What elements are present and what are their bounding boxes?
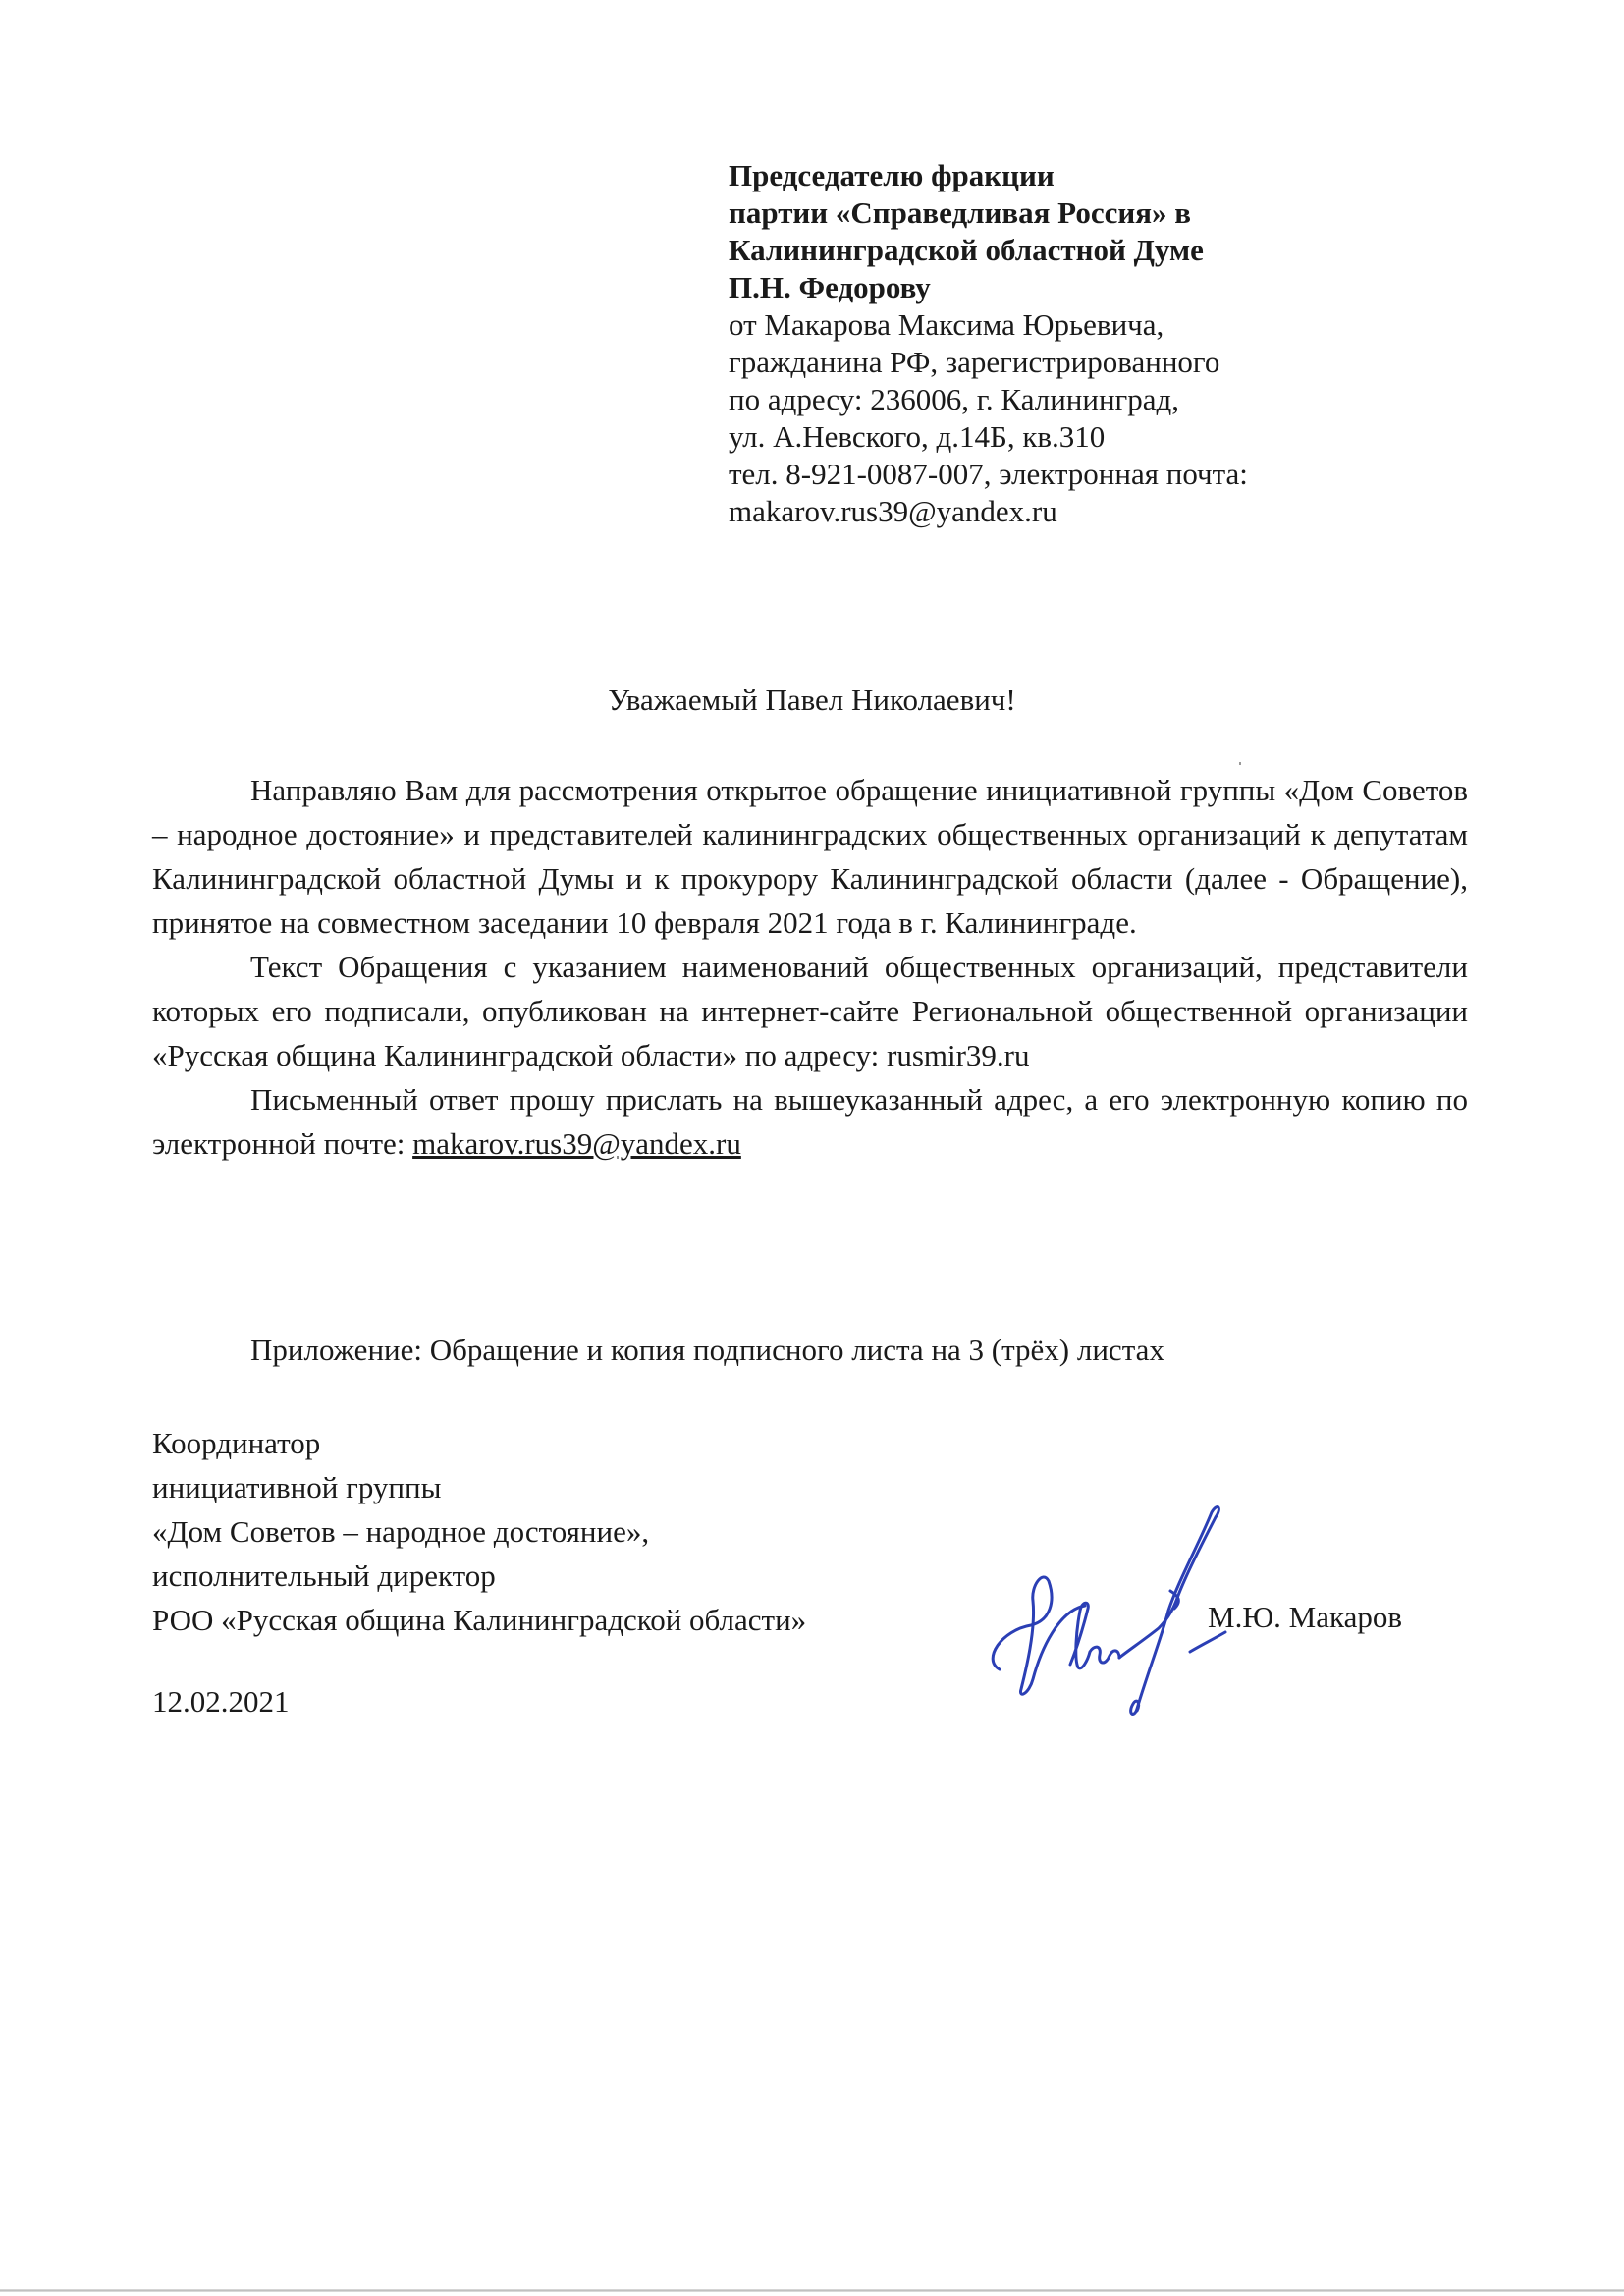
- addressee-line: Калининградской областной Думе: [729, 232, 1475, 269]
- addressee-line: Председателю фракции: [729, 157, 1475, 194]
- attachment-note: Приложение: Обращение и копия подписного…: [250, 1331, 1164, 1370]
- handwritten-signature-icon: [972, 1503, 1227, 1738]
- scan-speck: [1239, 762, 1241, 765]
- sender-email: makarov.rus39@yandex.ru: [729, 493, 1475, 530]
- reply-request-text: Письменный ответ прошу прислать на вышеу…: [152, 1082, 1468, 1161]
- signature-block: Координатор инициативной группы «Дом Сов…: [152, 1421, 806, 1642]
- signer-title-line: инициативной группы: [152, 1465, 806, 1509]
- signer-title-line: «Дом Советов – народное достояние»,: [152, 1509, 806, 1554]
- sender-line: от Макарова Максима Юрьевича,: [729, 306, 1475, 344]
- letter-body: Направляю Вам для рассмотрения открытое …: [152, 768, 1468, 1166]
- scan-bottom-edge: [0, 2289, 1624, 2292]
- letter-page: Председателю фракции партии «Справедлива…: [0, 0, 1624, 2296]
- sender-address: по адресу: 236006, г. Калининград,: [729, 381, 1475, 418]
- signer-title-line: Координатор: [152, 1421, 806, 1465]
- addressee-name: П.Н. Федорову: [729, 269, 1475, 306]
- body-paragraph: Текст Обращения с указанием наименований…: [152, 945, 1468, 1077]
- reply-request-paragraph: Письменный ответ прошу прислать на вышеу…: [152, 1077, 1468, 1166]
- sender-phone: тел. 8-921-0087-007, электронная почта:: [729, 456, 1475, 493]
- signer-title-line: исполнительный директор: [152, 1554, 806, 1598]
- signer-name: М.Ю. Макаров: [1208, 1598, 1402, 1637]
- sender-line: гражданина РФ, зарегистрированного: [729, 344, 1475, 381]
- signer-organization: РОО «Русская община Калининградской обла…: [152, 1598, 806, 1642]
- letter-date: 12.02.2021: [152, 1682, 290, 1722]
- email-link[interactable]: makarov.rus39@yandex.ru: [412, 1126, 741, 1161]
- addressee-line: партии «Справедливая Россия» в: [729, 194, 1475, 232]
- addressee-block: Председателю фракции партии «Справедлива…: [729, 157, 1475, 530]
- body-paragraph: Направляю Вам для рассмотрения открытое …: [152, 768, 1468, 945]
- salutation: Уважаемый Павел Николаевич!: [0, 681, 1624, 720]
- sender-address: ул. А.Невского, д.14Б, кв.310: [729, 418, 1475, 456]
